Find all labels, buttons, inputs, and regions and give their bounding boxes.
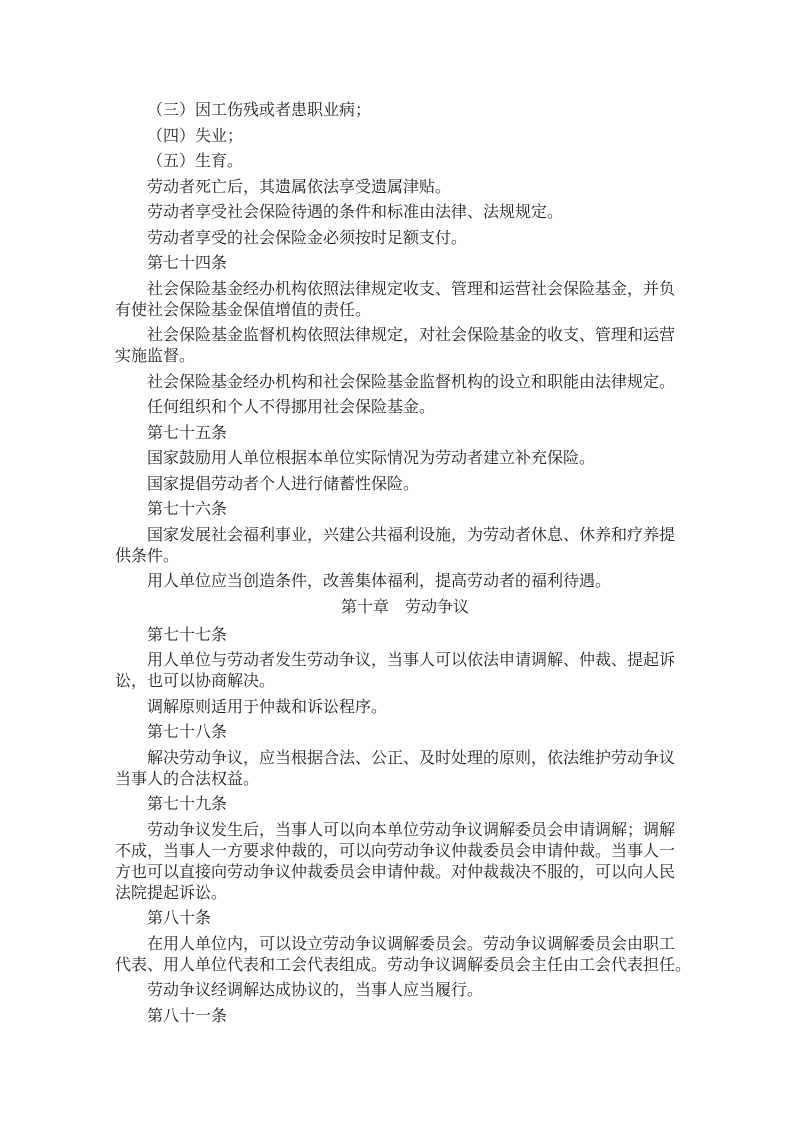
article-number: 第七十四条 — [115, 253, 695, 274]
paragraph: 任何组织和个人不得挪用社会保险基金。 — [115, 397, 695, 418]
paragraph: 国家鼓励用人单位根据本单位实际情况为劳动者建立补充保险。 — [115, 448, 695, 469]
text-line: 用人单位与劳动者发生劳动争议，当事人可以依法申请调解、仲裁、提起诉 — [115, 650, 695, 671]
text-line: 劳动争议发生后，当事人可以向本单位劳动争议调解委员会申请调解；调解 — [115, 820, 695, 841]
article-number: 第八十一条 — [115, 1006, 695, 1027]
paragraph: 劳动者享受的社会保险金必须按时足额支付。 — [115, 228, 695, 249]
text-line: 任何组织和个人不得挪用社会保险基金。 — [115, 397, 695, 418]
paragraph: （三）因工伤残或者患职业病； — [115, 100, 695, 121]
text-line: （三）因工伤残或者患职业病； — [115, 100, 695, 121]
paragraph: （五）生育。 — [115, 151, 695, 172]
text-line: 劳动争议经调解达成协议的，当事人应当履行。 — [115, 980, 695, 1001]
article-number: 第七十七条 — [115, 625, 695, 646]
text-line: 讼，也可以协商解决。 — [115, 671, 695, 692]
paragraph: 在用人单位内，可以设立劳动争议调解委员会。劳动争议调解委员会由职工代表、用人单位… — [115, 934, 695, 976]
text-line: 实施监督。 — [115, 346, 695, 367]
paragraph: 社会保险基金经办机构和社会保险基金监督机构的设立和职能由法律规定。 — [115, 372, 695, 393]
text-line: 国家提倡劳动者个人进行储蓄性保险。 — [115, 474, 695, 495]
text-line: 第七十六条 — [115, 499, 695, 520]
paragraph: 用人单位与劳动者发生劳动争议，当事人可以依法申请调解、仲裁、提起诉讼，也可以协商… — [115, 650, 695, 692]
text-line: 劳动者死亡后，其遗属依法享受遗属津贴。 — [115, 177, 695, 198]
text-line: 第七十九条 — [115, 794, 695, 815]
text-line: 第七十七条 — [115, 625, 695, 646]
text-line: 劳动者享受的社会保险金必须按时足额支付。 — [115, 228, 695, 249]
paragraph: 国家提倡劳动者个人进行储蓄性保险。 — [115, 474, 695, 495]
text-line: 第十章 劳动争议 — [115, 597, 695, 618]
text-line: 不成，当事人一方要求仲裁的，可以向劳动争议仲裁委员会申请仲裁。当事人一 — [115, 841, 695, 862]
text-line: 第七十五条 — [115, 423, 695, 444]
article-number: 第七十五条 — [115, 423, 695, 444]
text-line: 有使社会保险基金保值增值的责任。 — [115, 300, 695, 321]
paragraph: 用人单位应当创造条件，改善集体福利，提高劳动者的福利待遇。 — [115, 571, 695, 592]
text-line: 法院提起诉讼。 — [115, 883, 695, 904]
text-line: 劳动者享受社会保险待遇的条件和标准由法律、法规规定。 — [115, 202, 695, 223]
text-line: （五）生育。 — [115, 151, 695, 172]
text-line: （四）失业； — [115, 126, 695, 147]
article-number: 第八十条 — [115, 908, 695, 929]
paragraph: 国家发展社会福利事业，兴建公共福利设施，为劳动者休息、休养和疗养提供条件。 — [115, 525, 695, 567]
text-line: 社会保险基金经办机构依照法律规定收支、管理和运营社会保险基金，并负 — [115, 279, 695, 300]
text-line: 第八十条 — [115, 908, 695, 929]
paragraph: 社会保险基金经办机构依照法律规定收支、管理和运营社会保险基金，并负有使社会保险基… — [115, 279, 695, 321]
document-body: （三）因工伤残或者患职业病；（四）失业；（五）生育。劳动者死亡后，其遗属依法享受… — [115, 100, 695, 1027]
article-number: 第七十八条 — [115, 722, 695, 743]
text-line: 国家发展社会福利事业，兴建公共福利设施，为劳动者休息、休养和疗养提 — [115, 525, 695, 546]
text-line: 用人单位应当创造条件，改善集体福利，提高劳动者的福利待遇。 — [115, 571, 695, 592]
paragraph: 调解原则适用于仲裁和诉讼程序。 — [115, 697, 695, 718]
text-line: 社会保险基金监督机构依照法律规定，对社会保险基金的收支、管理和运营 — [115, 325, 695, 346]
text-line: 第七十八条 — [115, 722, 695, 743]
text-line: 第七十四条 — [115, 253, 695, 274]
paragraph: 劳动者享受社会保险待遇的条件和标准由法律、法规规定。 — [115, 202, 695, 223]
text-line: 社会保险基金经办机构和社会保险基金监督机构的设立和职能由法律规定。 — [115, 372, 695, 393]
paragraph: 劳动争议经调解达成协议的，当事人应当履行。 — [115, 980, 695, 1001]
paragraph: 劳动争议发生后，当事人可以向本单位劳动争议调解委员会申请调解；调解不成，当事人一… — [115, 820, 695, 904]
paragraph: 劳动者死亡后，其遗属依法享受遗属津贴。 — [115, 177, 695, 198]
text-line: 供条件。 — [115, 546, 695, 567]
chapter-heading: 第十章 劳动争议 — [115, 597, 695, 618]
article-number: 第七十九条 — [115, 794, 695, 815]
paragraph: （四）失业； — [115, 126, 695, 147]
paragraph: 社会保险基金监督机构依照法律规定，对社会保险基金的收支、管理和运营实施监督。 — [115, 325, 695, 367]
text-line: 国家鼓励用人单位根据本单位实际情况为劳动者建立补充保险。 — [115, 448, 695, 469]
text-line: 当事人的合法权益。 — [115, 769, 695, 790]
text-line: 调解原则适用于仲裁和诉讼程序。 — [115, 697, 695, 718]
text-line: 代表、用人单位代表和工会代表组成。劳动争议调解委员会主任由工会代表担任。 — [115, 955, 695, 976]
text-line: 解决劳动争议，应当根据合法、公正、及时处理的原则，依法维护劳动争议 — [115, 748, 695, 769]
text-line: 第八十一条 — [115, 1006, 695, 1027]
text-line: 方也可以直接向劳动争议仲裁委员会申请仲裁。对仲裁裁决不服的，可以向人民 — [115, 862, 695, 883]
article-number: 第七十六条 — [115, 499, 695, 520]
paragraph: 解决劳动争议，应当根据合法、公正、及时处理的原则，依法维护劳动争议当事人的合法权… — [115, 748, 695, 790]
text-line: 在用人单位内，可以设立劳动争议调解委员会。劳动争议调解委员会由职工 — [115, 934, 695, 955]
document-page: （三）因工伤残或者患职业病；（四）失业；（五）生育。劳动者死亡后，其遗属依法享受… — [0, 0, 793, 1122]
